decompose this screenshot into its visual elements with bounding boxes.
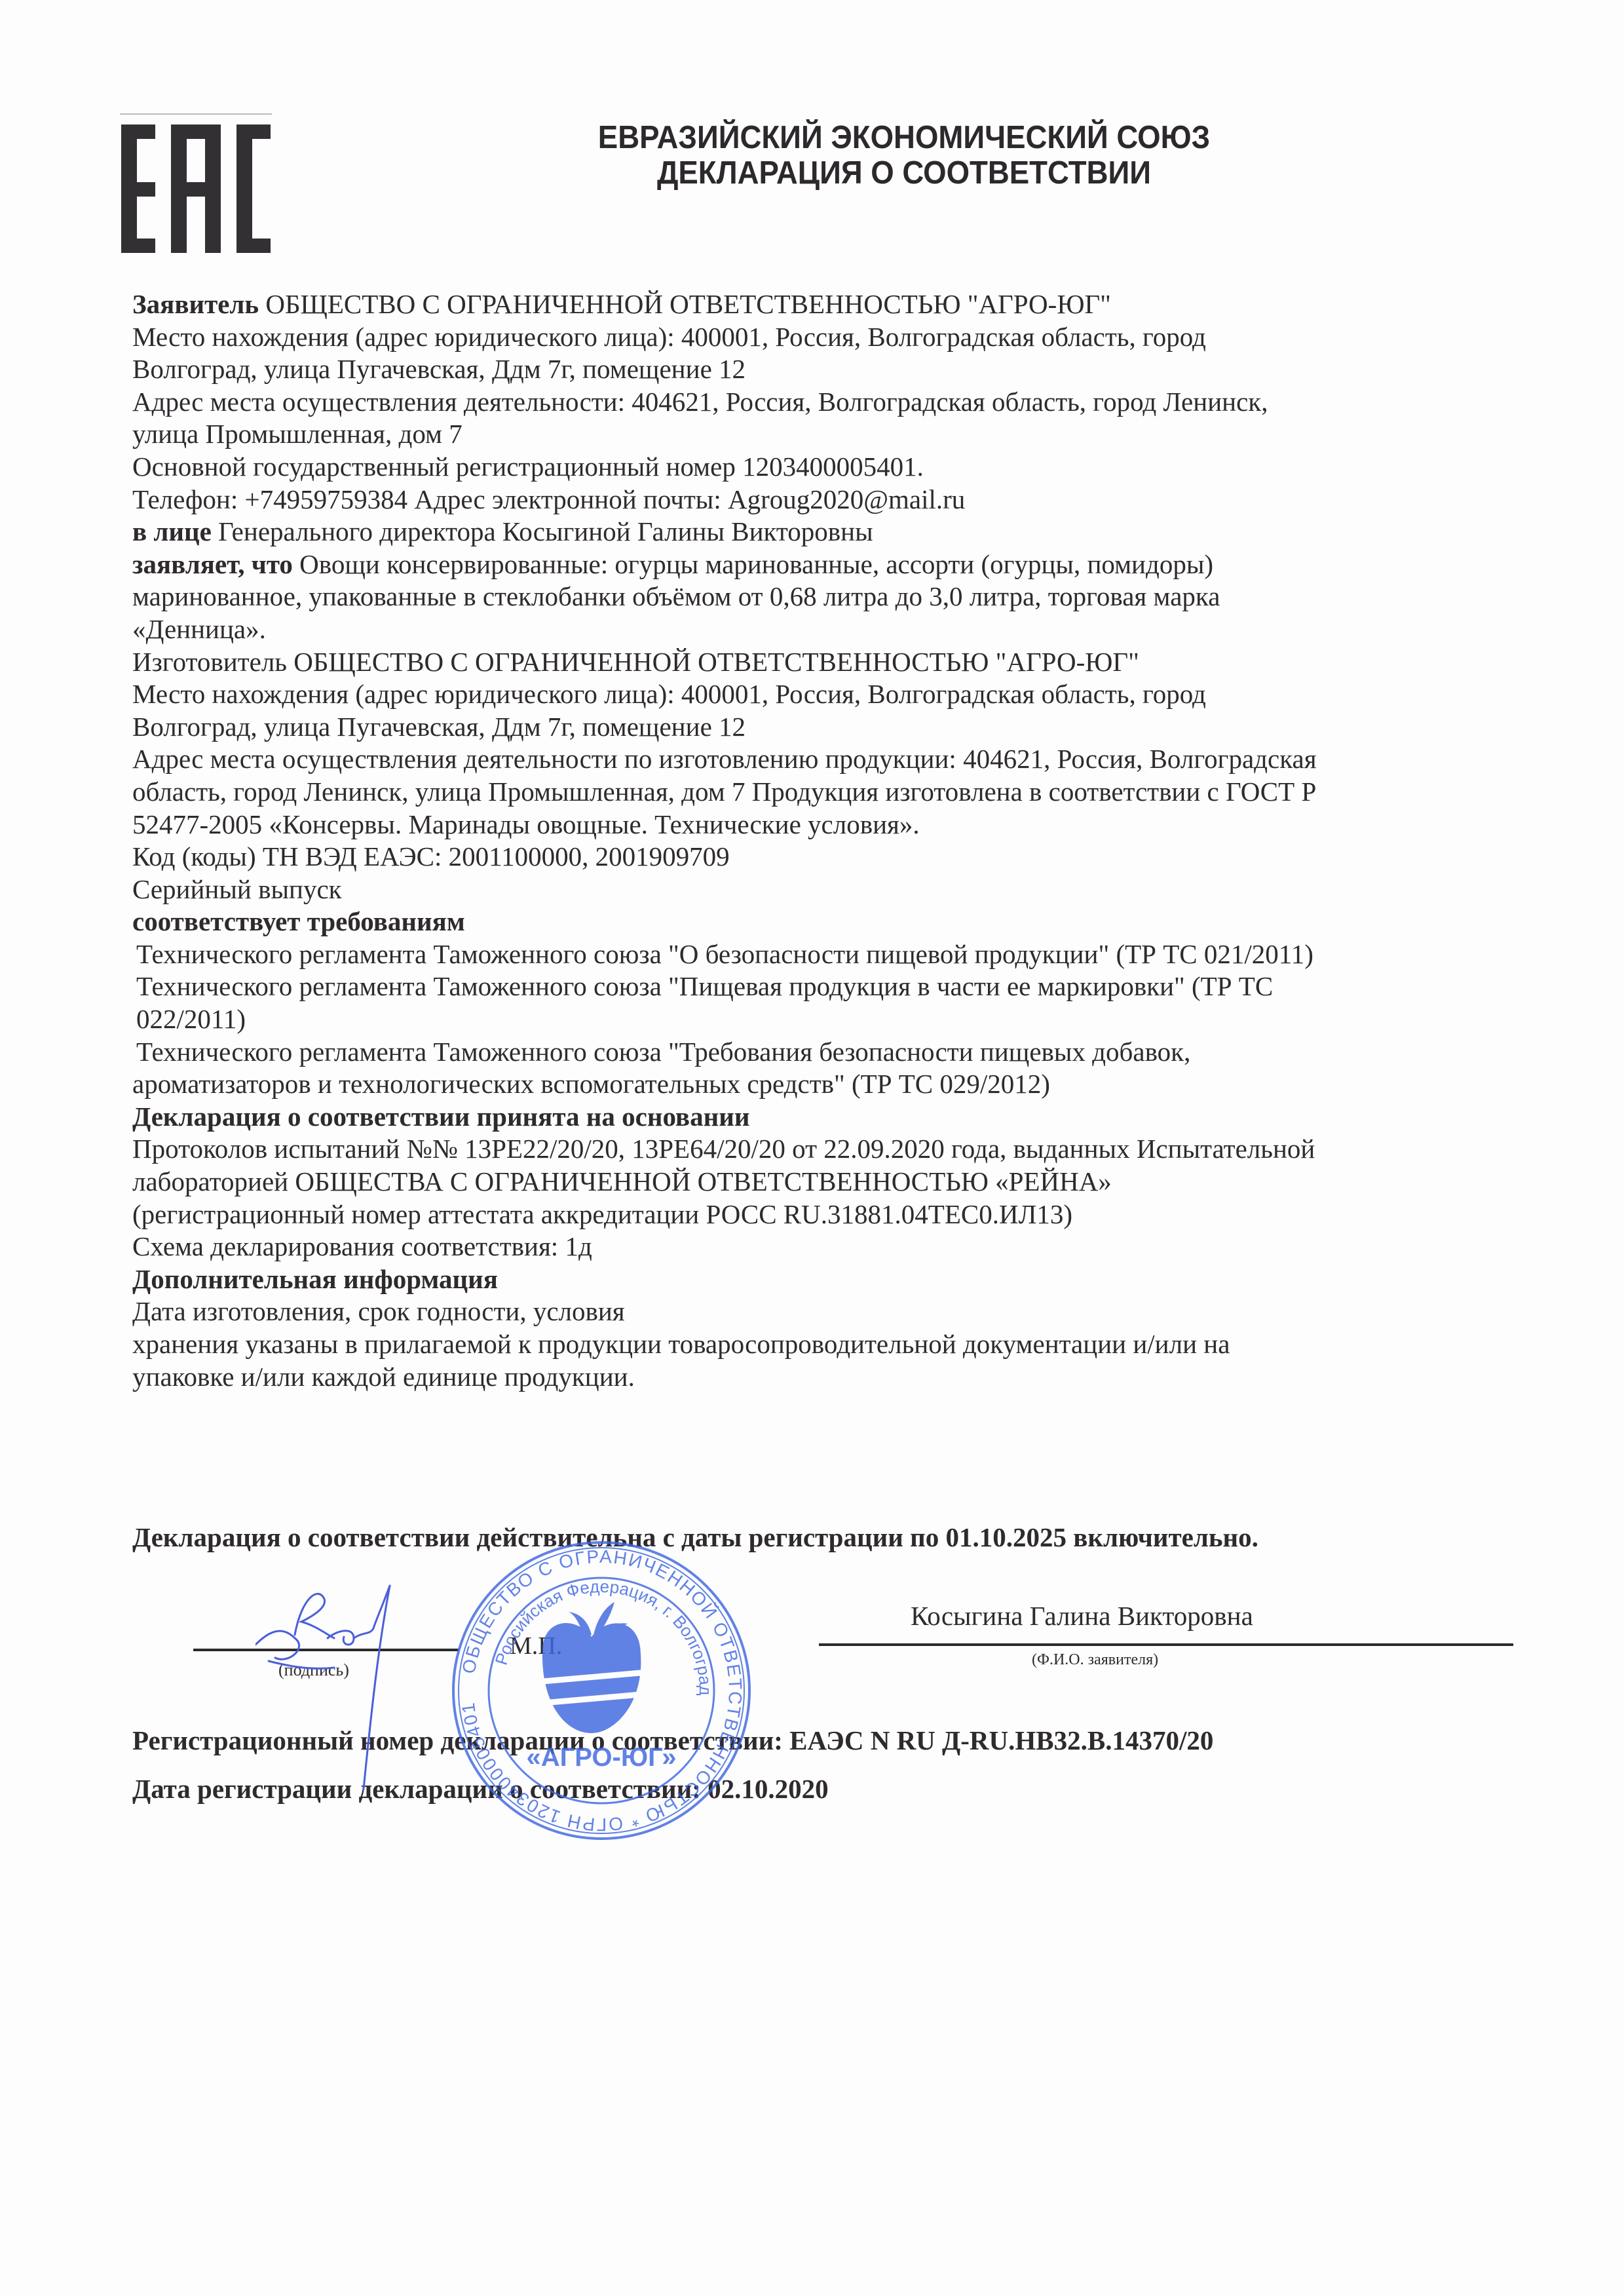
declares-line-1: заявляет, что Овощи консервированные: ог… [132,548,1534,581]
manufacturer-line-6: 52477-2005 «Консервы. Маринады овощные. … [132,809,1534,841]
basis-title: Декларация о соответствии принята на осн… [132,1101,1534,1134]
additional-title: Дополнительная информация [132,1263,1534,1296]
manufacturer-line-1: Изготовитель ОБЩЕСТВО С ОГРАНИЧЕННОЙ ОТВ… [132,646,1534,679]
basis-line: Протоколов испытаний №№ 13РЕ22/20/20, 13… [132,1133,1534,1166]
representative-line: в лице Генерального директора Косыгиной … [132,516,1534,548]
requirement-line: Технического регламента Таможенного союз… [132,1036,1534,1069]
manufacturer-line-2: Место нахождения (адрес юридического лиц… [132,678,1534,711]
additional-line: хранения указаны в прилагаемой к продукц… [132,1328,1534,1361]
manufacturer-line-3: Волгоград, улица Пугачевская, Ддм 7г, по… [132,711,1534,744]
basis-line: лабораторией ОБЩЕСТВА С ОГРАНИЧЕННОЙ ОТВ… [132,1166,1534,1198]
tnved-codes: Код (коды) ТН ВЭД ЕАЭС: 2001100000, 2001… [132,841,1534,873]
requirement-line: ароматизаторов и технологических вспомог… [132,1068,1534,1101]
applicant-ogrn: Основной государственный регистрационный… [132,451,1534,484]
representative-name: Генерального директора Косыгиной Галины … [212,516,873,546]
signer-name-line [819,1643,1513,1646]
manufacturer-line-5: область, город Ленинск, улица Промышленн… [132,776,1534,809]
eac-mark-icon [121,124,271,253]
basis-line: Схема декларирования соответствия: 1д [132,1231,1534,1263]
logo-top-rule [120,113,272,115]
applicant-activity-address-1: Адрес места осуществления деятельности: … [132,386,1534,419]
basis-line: (регистрационный номер аттестата аккреди… [132,1198,1534,1231]
additional-line: упаковке и/или каждой единице продукции. [132,1361,1534,1394]
applicant-label: Заявитель [132,289,259,319]
requirement-line: Технического регламента Таможенного союз… [132,970,1534,1003]
signer-name: Косыгина Галина Викторовна [911,1600,1253,1632]
release-type: Серийный выпуск [132,873,1534,906]
applicant-activity-address-2: улица Промышленная, дом 7 [132,418,1534,451]
stamp-center-text: «АГРО-ЮГ» [526,1743,676,1772]
applicant-legal-address-1: Место нахождения (адрес юридического лиц… [132,321,1534,354]
applicant-name: ОБЩЕСТВО С ОГРАНИЧЕННОЙ ОТВЕТСТВЕННОСТЬЮ… [259,289,1111,319]
manufacturer-line-4: Адрес места осуществления деятельности п… [132,743,1534,776]
declaration-body: Заявитель ОБЩЕСТВО С ОГРАНИЧЕННОЙ ОТВЕТС… [132,288,1534,1393]
requirements-title: соответствует требованиям [132,906,1534,938]
requirement-line: 022/2011) [132,1003,1534,1036]
handwritten-signature-icon [255,1573,518,1808]
declares-label: заявляет, что [132,549,293,579]
signer-caption: (Ф.И.О. заявителя) [1032,1651,1158,1669]
declares-line-2: маринованное, упакованные в стеклобанки … [132,581,1534,613]
additional-line: Дата изготовления, срок годности, услови… [132,1295,1534,1328]
declares-line-3: «Денница». [132,613,1534,646]
requirement-line: Технического регламента Таможенного союз… [132,938,1534,971]
applicant-legal-address-2: Волгоград, улица Пугачевская, Ддм 7г, по… [132,353,1534,386]
header-union-title: ЕВРАЗИЙСКИЙ ЭКОНОМИЧЕСКИЙ СОЮЗ [490,119,1319,156]
header-document-title: ДЕКЛАРАЦИЯ О СООТВЕТСТВИИ [490,155,1319,191]
representative-label: в лице [132,516,212,546]
applicant-line: Заявитель ОБЩЕСТВО С ОГРАНИЧЕННОЙ ОТВЕТС… [132,288,1534,321]
declares-text-1: Овощи консервированные: огурцы маринован… [293,549,1213,579]
applicant-contacts: Телефон: +74959759384 Адрес электронной … [132,484,1534,516]
